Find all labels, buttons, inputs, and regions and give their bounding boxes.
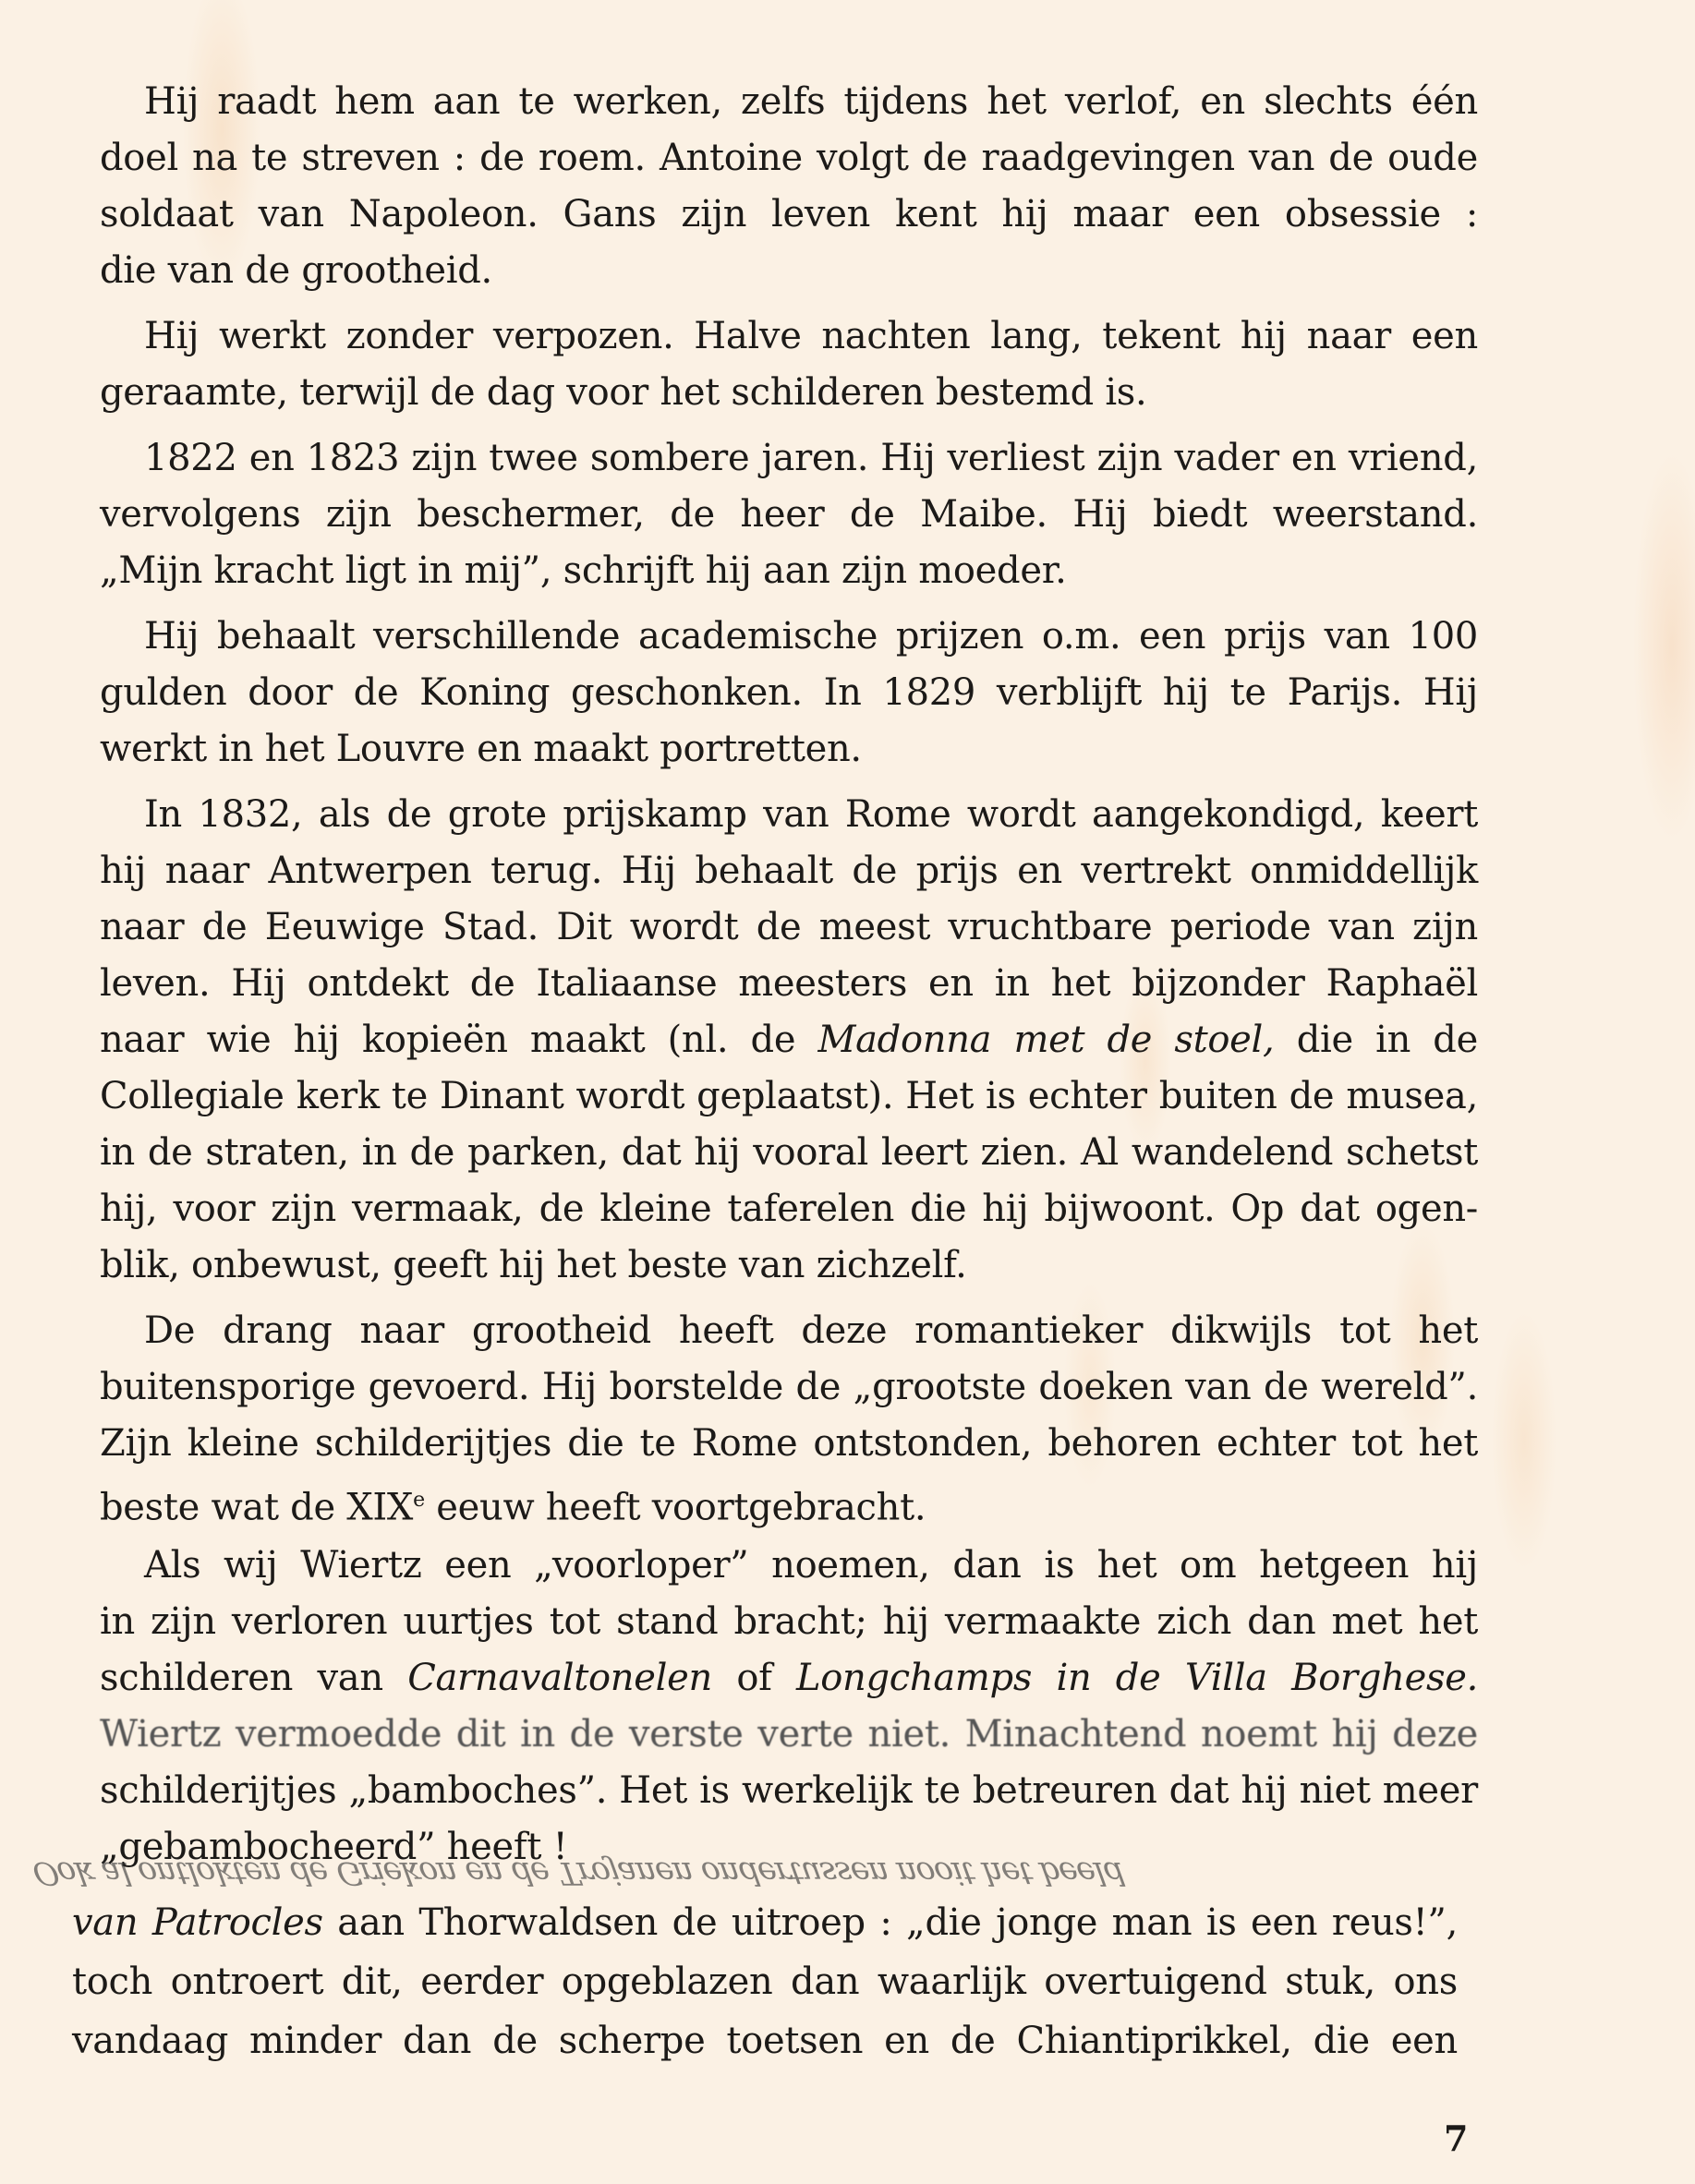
- paragraph-3: 1822 en 1823 zijn twee sombere jaren. Hi…: [100, 430, 1478, 599]
- text-line: van Patrocles aan Thorwaldsen de uitroep…: [72, 1893, 1458, 1952]
- text-line: vandaag minder dan de scherpe toetsen en…: [72, 2011, 1458, 2070]
- text-line: hij naar Antwerpen terug. Hij behaalt de…: [100, 843, 1478, 899]
- text-span: of: [712, 1657, 796, 1699]
- text-span: die in de: [1274, 1019, 1478, 1061]
- text-line: hij, voor zijn vermaak, de kleine tafere…: [100, 1181, 1478, 1237]
- text-line: beste wat de XIXe eeuw heeft voortgebrac…: [100, 1472, 1478, 1528]
- text-line: Als wij Wiertz een „voorloper” noemen, d…: [100, 1538, 1478, 1594]
- text-line: naar de Eeuwige Stad. Dit wordt de meest…: [100, 899, 1478, 956]
- text-line: 1822 en 1823 zijn twee sombere jaren. Hi…: [100, 430, 1478, 487]
- artwork-title: Madonna met de stoel,: [817, 1019, 1274, 1061]
- text-line: Hij werkt zonder verpozen. Halve nachten…: [100, 308, 1478, 365]
- paragraph-4: Hij behaalt verschillende academische pr…: [100, 609, 1478, 778]
- text-line: gulden door de Koning geschonken. In 182…: [100, 665, 1478, 721]
- text-line: Wiertz vermoedde dit in de verste verte …: [100, 1707, 1478, 1763]
- text-line: Hij behaalt verschillende academische pr…: [100, 609, 1478, 665]
- text-line: werkt in het Louvre en maakt portretten.: [100, 721, 1478, 778]
- text-line: toch ontroert dit, eerder opgeblazen dan…: [72, 1952, 1458, 2011]
- text-span: aan Thorwaldsen de uitroep : „die jonge …: [323, 1901, 1458, 1944]
- text-line: vervolgens zijn beschermer, de heer de M…: [100, 487, 1478, 543]
- text-span: naar wie hij kopieën maakt (nl. de: [100, 1019, 817, 1061]
- paragraph-7: Als wij Wiertz een „voorloper” noemen, d…: [100, 1538, 1478, 1876]
- text-line: De drang naar grootheid heeft deze roman…: [100, 1303, 1478, 1359]
- text-line: soldaat van Napoleon. Gans zijn leven ke…: [100, 187, 1478, 243]
- facing-page-text: van Patrocles aan Thorwaldsen de uitroep…: [72, 1893, 1458, 2070]
- text-line: Collegiale kerk te Dinant wordt geplaats…: [100, 1068, 1478, 1125]
- text-line: schilderen van Carnavaltonelen of Longch…: [100, 1650, 1478, 1707]
- text-line: Zijn kleine schilderijtjes die te Rome o…: [100, 1416, 1478, 1472]
- paragraph-5: In 1832, als de grote prijskamp van Rome…: [100, 787, 1478, 1294]
- text-span: beste wat de XIX: [100, 1486, 413, 1528]
- text-line: die van de grootheid.: [100, 243, 1478, 299]
- superscript: e: [413, 1489, 425, 1512]
- text-line: naar wie hij kopieën maakt (nl. de Madon…: [100, 1012, 1478, 1068]
- text-line: Hij raadt hem aan te werken, zelfs tijde…: [100, 74, 1478, 130]
- text-span: eeuw heeft voortgebracht.: [425, 1486, 926, 1528]
- artwork-title: van Patrocles: [72, 1901, 323, 1944]
- text-span: schilderen van: [100, 1657, 407, 1699]
- text-line: „Mijn kracht ligt in mij”, schrijft hij …: [100, 543, 1478, 599]
- text-line: in zijn verloren uurtjes tot stand brach…: [100, 1594, 1478, 1650]
- text-line: in de straten, in de parken, dat hij voo…: [100, 1125, 1478, 1181]
- paragraph-6: De drang naar grootheid heeft deze roman…: [100, 1303, 1478, 1528]
- text-line: blik, onbewust, geeft hij het beste van …: [100, 1237, 1478, 1294]
- artwork-title: Carnavaltonelen: [407, 1657, 712, 1699]
- show-through-text: Ook al ontlokten de Griekon en de Trojan…: [16, 1827, 1461, 1891]
- page-number: 7: [1444, 2118, 1468, 2159]
- text-line: leven. Hij ontdekt de Italiaanse meester…: [100, 956, 1478, 1012]
- text-line: schilderijtjes „bamboches”. Het is werke…: [100, 1763, 1478, 1819]
- paragraph-2: Hij werkt zonder verpozen. Halve nachten…: [100, 308, 1478, 421]
- body-text: Hij raadt hem aan te werken, zelfs tijde…: [100, 74, 1478, 1885]
- text-line: buitensporige gevoerd. Hij borstelde de …: [100, 1359, 1478, 1416]
- text-line: geraamte, terwijl de dag voor het schild…: [100, 365, 1478, 421]
- artwork-title: Longchamps in de Villa Borghese.: [796, 1657, 1478, 1699]
- text-line: In 1832, als de grote prijskamp van Rome…: [100, 787, 1478, 843]
- text-line: doel na te streven : de roem. Antoine vo…: [100, 130, 1478, 187]
- paragraph-1: Hij raadt hem aan te werken, zelfs tijde…: [100, 74, 1478, 299]
